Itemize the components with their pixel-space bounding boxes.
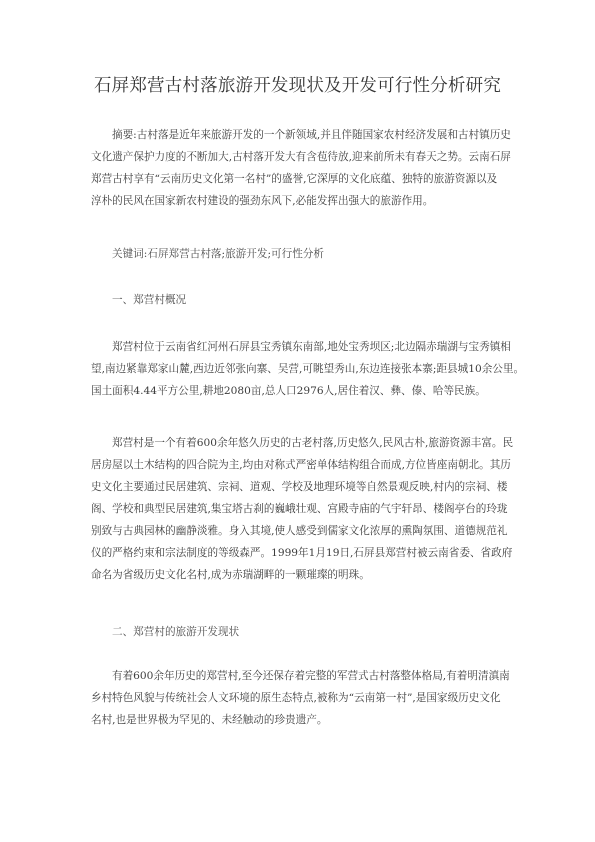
abstract-line: 文化遗产保护力度的不断加大,古村落开发大有含苞待放,迎来前所未有春天之势。云南石… bbox=[91, 146, 508, 168]
abstract-line: 摘要:古村落是近年来旅游开发的一个新领域,并且伴随国家农村经济发展和古村镇历史 bbox=[91, 124, 508, 146]
section-heading-2: 二、郑营村的旅游开发现状 bbox=[112, 621, 239, 643]
paragraph-line: 别致与古典园林的幽静淡雅。身入其境,使人感受到儒家文化浓厚的熏陶氛围、道德规范礼 bbox=[91, 520, 508, 542]
paragraph-line: 史文化主要通过民居建筑、宗祠、道观、学校及地理环境等自然景观反映,村内的宗祠、楼 bbox=[91, 476, 508, 498]
paragraph-line: 居房屋以土木结构的四合院为主,均由对称式严密单体结构组合而成,方位皆座南朝北。其… bbox=[91, 454, 508, 476]
document-title: 石屏郑营古村落旅游开发现状及开发可行性分析研究 bbox=[0, 72, 595, 97]
paragraph-line: 名村,也是世界极为罕见的、未经触动的珍贵遗产。 bbox=[91, 709, 508, 731]
paragraph-line: 命名为省级历史文化名村,成为赤瑞湖畔的一颗璀璨的明珠。 bbox=[91, 564, 508, 586]
paragraph-line: 国土面积4.44平方公里,耕地2080亩,总人口2976人,居住着汉、彝、傣、哈… bbox=[91, 380, 508, 402]
paragraph-line: 乡村特色风貌与传统社会人文环境的原生态特点,被称为“云南第一村”,是国家级历史文… bbox=[91, 687, 508, 709]
paragraph-line: 郑营村位于云南省红河州石屏县宝秀镇东南部,地处宝秀坝区;北边隔赤瑞湖与宝秀镇相 bbox=[91, 336, 508, 358]
paragraph-line: 望,南边紧靠郑家山麓,西边近邻张向寨、吴营,可眺望秀山,东边连接张本寨;距县城1… bbox=[91, 358, 508, 380]
paragraph-line: 有着600余年历史的郑营村,至今还保存着完整的军营式古村落整体格局,有着明清滇南 bbox=[91, 665, 508, 687]
abstract-paragraph: 摘要:古村落是近年来旅游开发的一个新领域,并且伴随国家农村经济发展和古村镇历史 … bbox=[91, 124, 508, 212]
section-heading-1: 一、郑营村概况 bbox=[112, 289, 186, 311]
section1-paragraph-1: 郑营村位于云南省红河州石屏县宝秀镇东南部,地处宝秀坝区;北边隔赤瑞湖与宝秀镇相 … bbox=[91, 336, 508, 402]
paragraph-line: 仪的严格约束和宗法制度的等级森严。1999年1月19日,石屏县郑营村被云南省委、… bbox=[91, 542, 508, 564]
section2-paragraph-1: 有着600余年历史的郑营村,至今还保存着完整的军营式古村落整体格局,有着明清滇南… bbox=[91, 665, 508, 731]
abstract-line: 郑营古村享有“云南历史文化第一名村”的盛誉,它深厚的文化底蕴、独特的旅游资源以及 bbox=[91, 168, 508, 190]
section1-paragraph-2: 郑营村是一个有着600余年悠久历史的古老村落,历史悠久,民风古朴,旅游资源丰富。… bbox=[91, 432, 508, 586]
document-page: 石屏郑营古村落旅游开发现状及开发可行性分析研究 摘要:古村落是近年来旅游开发的一… bbox=[0, 0, 595, 842]
paragraph-line: 阁、学校和典型民居建筑,集宝塔古刹的巍峨壮观、宫殿寺庙的气宇轩昂、楼阁亭台的玲珑 bbox=[91, 498, 508, 520]
paragraph-line: 郑营村是一个有着600余年悠久历史的古老村落,历史悠久,民风古朴,旅游资源丰富。… bbox=[91, 432, 508, 454]
abstract-line: 淳朴的民风在国家新农村建设的强劲东风下,必能发挥出强大的旅游作用。 bbox=[91, 190, 508, 212]
keywords: 关键词:石屏郑营古村落;旅游开发;可行性分析 bbox=[112, 243, 324, 265]
